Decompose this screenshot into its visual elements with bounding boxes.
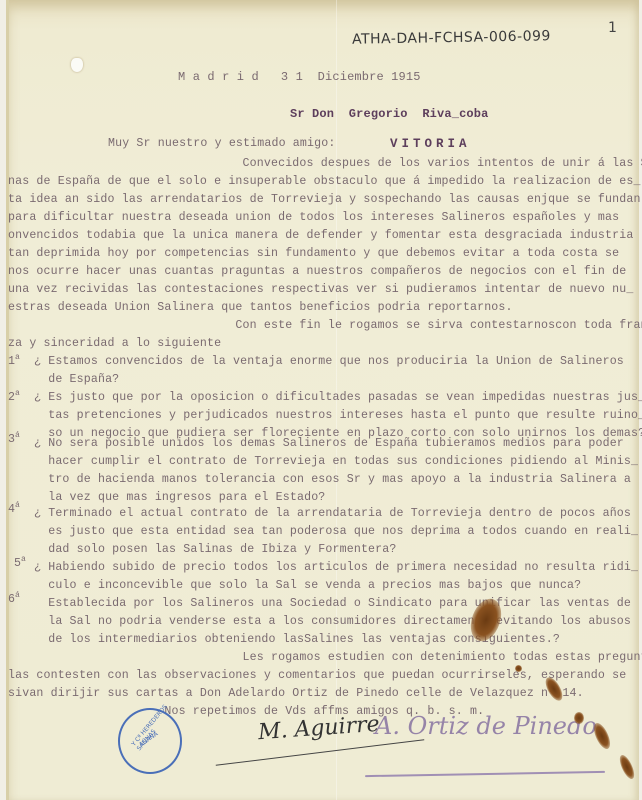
intro-line: ta idea an sido las arrendatarios de Tor… [8, 193, 641, 206]
question-line: tas pretenciones y perjudicados nuestros… [34, 409, 642, 422]
question-line: ¿ Habiendo subido de precio todos los ar… [34, 561, 638, 574]
city: VITORIA [390, 137, 471, 151]
salutation: Muy Sr nuestro y estimado amigo: [108, 137, 335, 150]
intro-line: Convecidos despues de los varios intento… [8, 157, 642, 170]
question-line: ¿ No sera posible unidos los demas Salin… [34, 437, 624, 450]
question-number: 3á [8, 431, 20, 446]
question-line: culo e inconcevible que solo la Sal se v… [34, 579, 581, 592]
question-line: la Sal no podria venderse esta a los con… [34, 615, 631, 628]
question-number: 5a [14, 555, 26, 570]
date-line: M a d r i d 3 1 Diciembre 1915 [178, 70, 421, 84]
intro-line: nas de España de que el solo e insuperab… [8, 175, 641, 188]
ink-stain [515, 665, 522, 672]
ink-stain [574, 712, 584, 724]
question-line: ¿ Estamos convencidos de la ventaja enor… [34, 355, 624, 368]
page-number: 1 [608, 20, 617, 36]
intro-line: Con este fin le rogamos se sirva contest… [8, 319, 642, 332]
question-line: la vez que mas ingresos para el Estado? [34, 491, 325, 504]
question-line: dad solo posen las Salinas de Ibiza y Fo… [34, 543, 396, 556]
intro-line: para dificultar nuestra deseada union de… [8, 211, 619, 224]
question-line: de España? [34, 373, 119, 386]
signature-ortiz-de-pinedo: A. Ortiz de Pinedo. [375, 712, 604, 740]
company-stamp: Y Cª HEREDEROS SALINAS AÑANA [118, 708, 182, 774]
question-number: 4á [8, 501, 20, 516]
intro-line: estras deseada Union Salinera que tantos… [8, 301, 513, 314]
question-line: Establecida por los Salineros una Socied… [34, 597, 631, 610]
intro-line: nos ocurre hacer unas cuantas praguntas … [8, 265, 626, 278]
closing-line: Les rogamos estudien con detenimiento to… [8, 651, 642, 664]
question-line: ¿ Terminado el actual contrato de la arr… [34, 507, 631, 520]
intro-line: tan deprimida hoy por competencias sin f… [8, 247, 619, 260]
question-line: hacer cumplir el contrato de Torrevieja … [34, 455, 638, 468]
question-line: es justo que esta entidad sea tan podero… [34, 525, 638, 538]
closing-line: sivan dirijir sus cartas a Don Adelardo … [8, 687, 584, 700]
question-number: 1a [8, 353, 20, 368]
question-number: 6á [8, 591, 20, 606]
closing-line: las contesten con las observaciones y co… [8, 669, 626, 682]
punch-hole [71, 58, 83, 72]
question-number: 2a [8, 389, 20, 404]
question-line: tro de hacienda manos tolerancia con eso… [34, 473, 631, 486]
intro-line: una vez recividas las contestaciones res… [8, 283, 633, 296]
recipient: Sr Don Gregorio Riva_coba [290, 107, 488, 121]
question-line: ¿ Es justo que por la oposicion o dificu… [34, 391, 642, 404]
intro-line: onvencidos todabia que la unica manera d… [8, 229, 633, 242]
intro-line: za y sinceridad a lo siguiente [8, 337, 221, 350]
